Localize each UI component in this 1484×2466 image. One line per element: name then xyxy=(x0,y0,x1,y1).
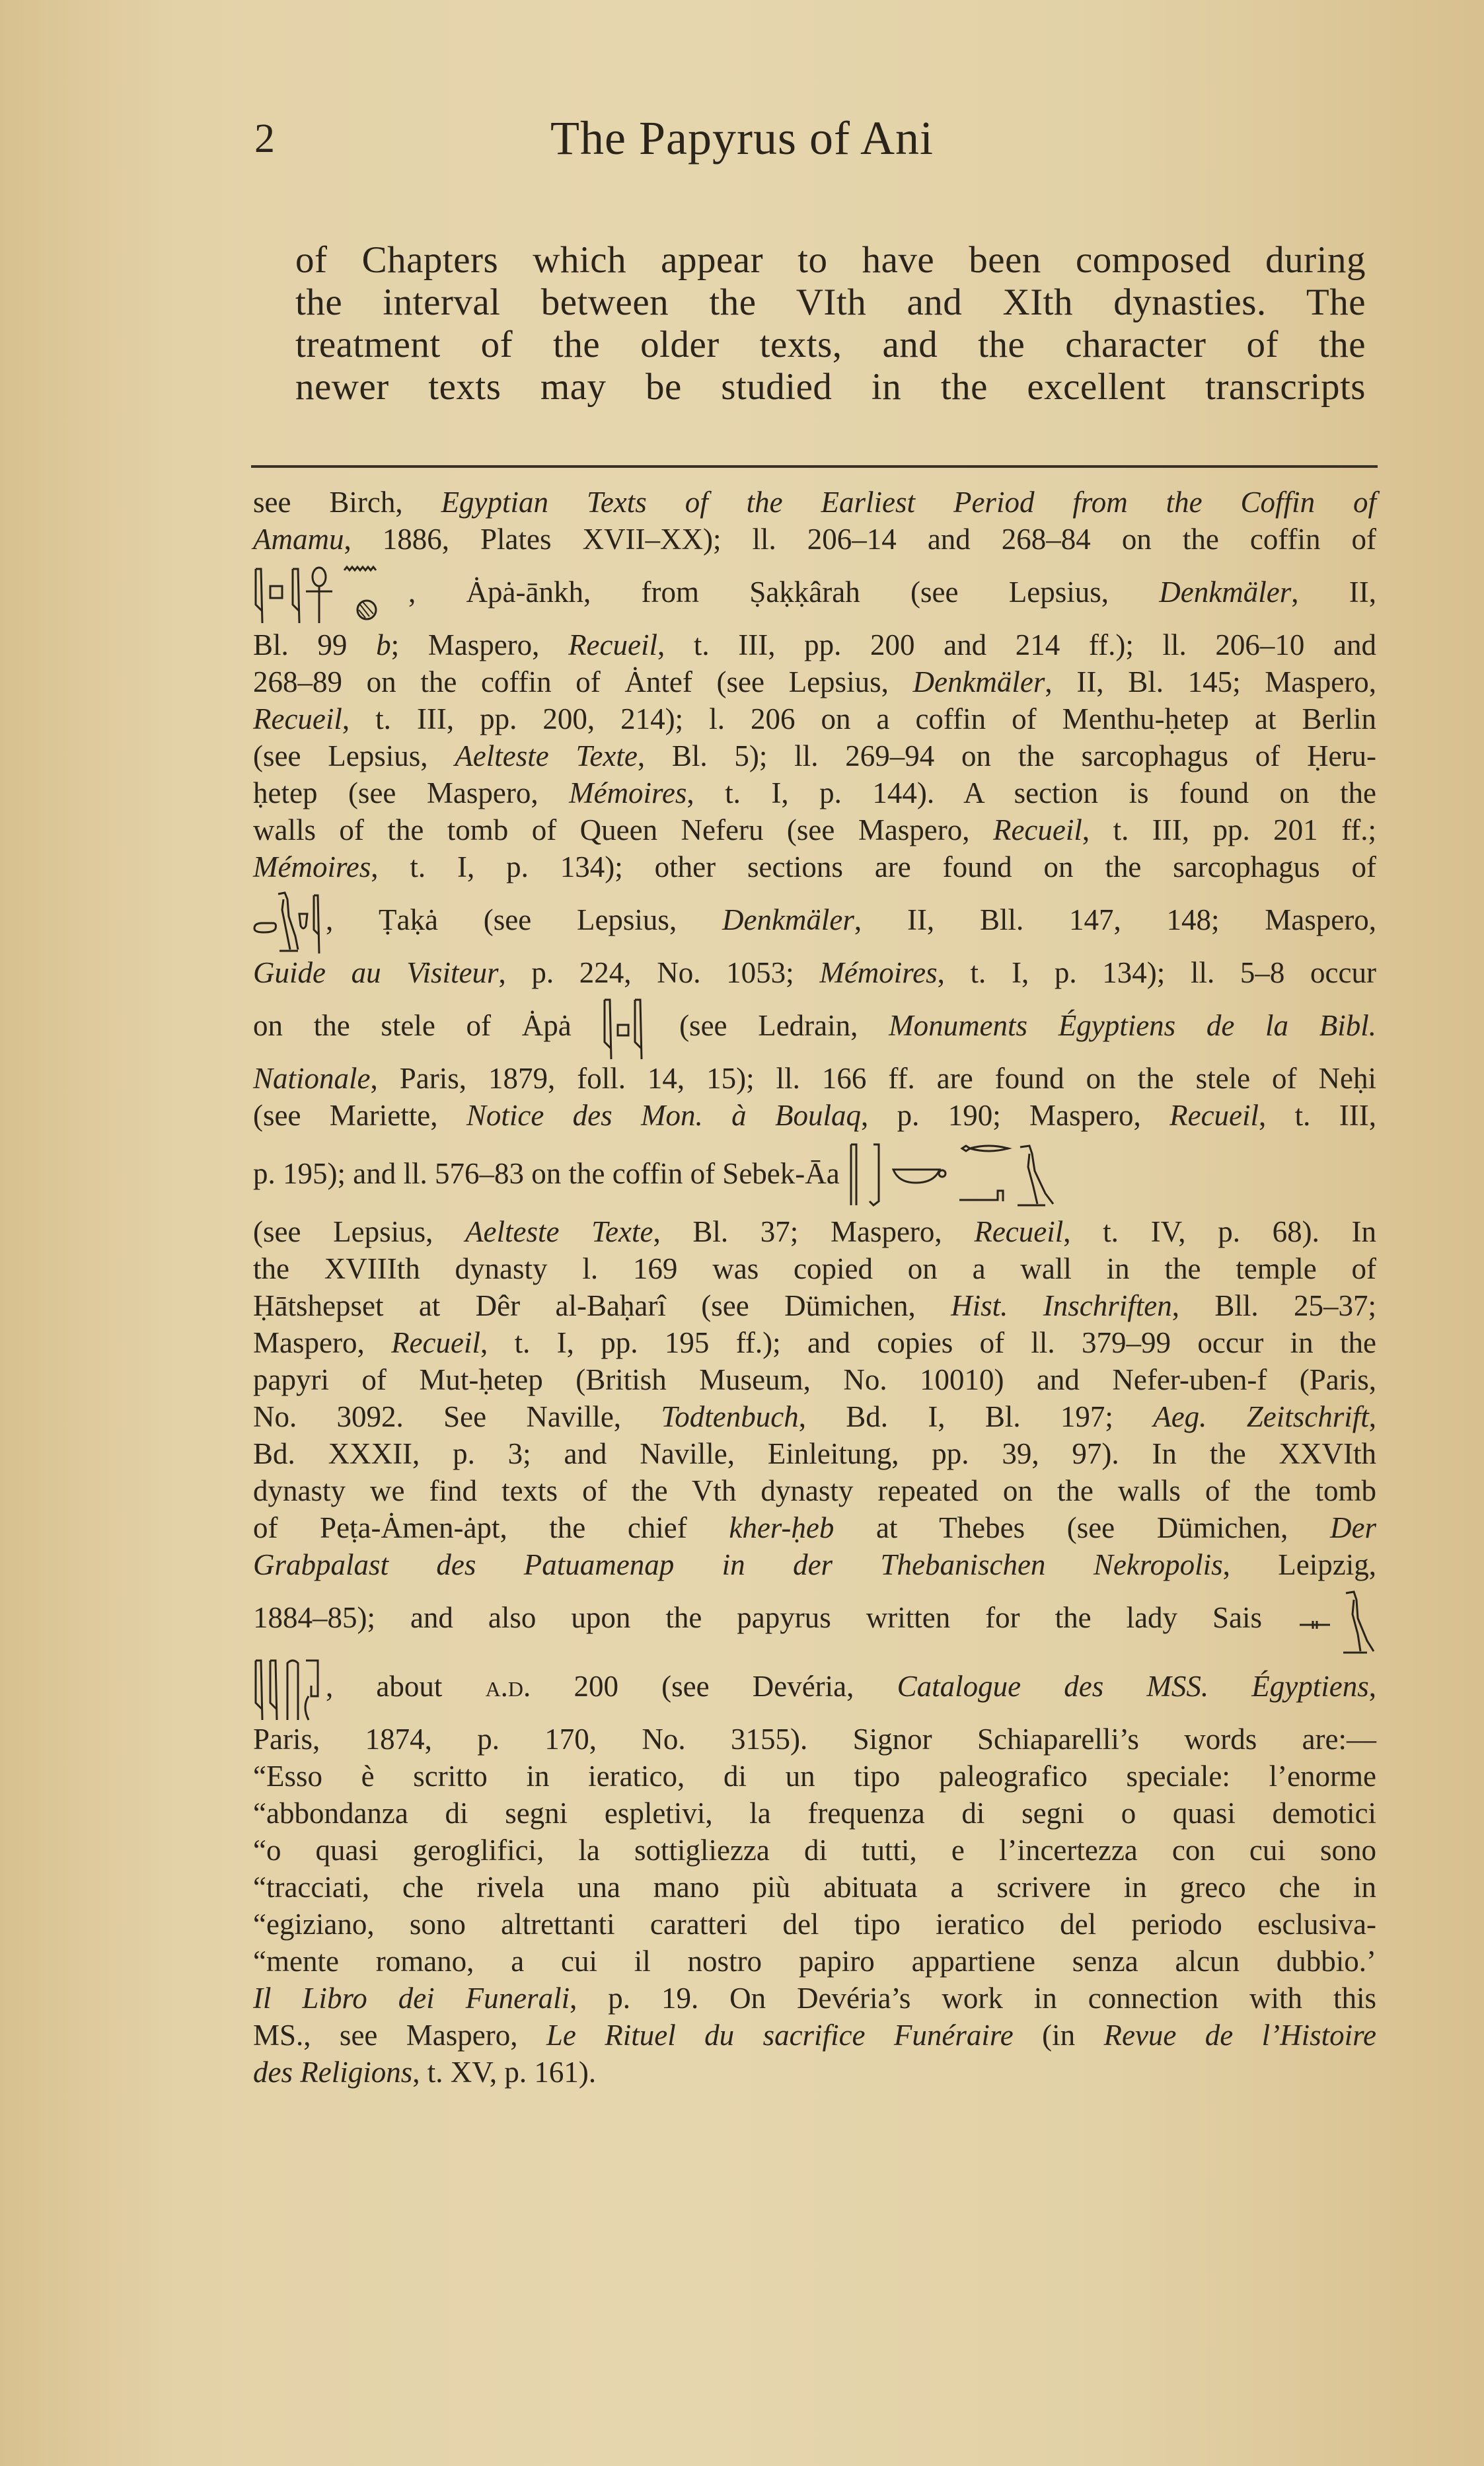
footnote-line: Guide au Visiteur, p. 224, No. 1053; Mém… xyxy=(253,954,1376,991)
footnote-line: (see Lepsius, Aelteste Texte, Bl. 37; Ma… xyxy=(253,1213,1376,1250)
main-text-line: the interval between the VIth and XIth d… xyxy=(295,281,1366,324)
quote-line: “Esso è scritto in ieratico, di un tipo … xyxy=(253,1758,1376,1795)
main-text-line: newer texts may be studied in the excell… xyxy=(295,366,1366,408)
quote-line: “mente romano, a cui il nostro papiro ap… xyxy=(253,1943,1376,1980)
footnote-line: MS., see Maspero, Le Rituel du sacrifice… xyxy=(253,2017,1376,2054)
footnote-line: Grabpalast des Patuamenap in der Thebani… xyxy=(253,1546,1376,1583)
footnote-line: , Ȧpȧ-ānkh, from Ṣaḳḳârah (see Lepsius, … xyxy=(253,558,1376,626)
footnote-line: dynasty we find texts of the Vth dynasty… xyxy=(253,1472,1376,1509)
footnote-line: des Religions, t. XV, p. 161). xyxy=(253,2054,1376,2091)
footnote-line: Paris, 1874, p. 170, No. 3155). Signor S… xyxy=(253,1721,1376,1758)
footnote-line: Maspero, Recueil, t. I, pp. 195 ff.); an… xyxy=(253,1324,1376,1361)
footnote-line: ḥetep (see Maspero, Mémoires, t. I, p. 1… xyxy=(253,774,1376,811)
footnote-line: 268–89 on the coffin of Ȧntef (see Lepsi… xyxy=(253,663,1376,700)
footnote-line: Nationale, Paris, 1879, foll. 14, 15); l… xyxy=(253,1060,1376,1097)
footnote-line: Amamu, 1886, Plates XVII–XX); ll. 206–14… xyxy=(253,521,1376,558)
hieroglyph-sais-determinative-icon xyxy=(253,1657,326,1723)
footnote-line: Il Libro dei Funerali, p. 19. On Devéria… xyxy=(253,1980,1376,2017)
footnote-line: (see Mariette, Notice des Mon. à Boulaq,… xyxy=(253,1097,1376,1134)
hieroglyph-taka-icon xyxy=(253,890,326,956)
quote-line: “egiziano, sono altrettanti caratteri de… xyxy=(253,1906,1376,1943)
main-text-line: of Chapters which appear to have been co… xyxy=(295,239,1366,281)
footnote-line: p. 195); and ll. 576–83 on the coffin of… xyxy=(253,1134,1376,1213)
footnote-line: Mémoires, t. I, p. 134); other sections … xyxy=(253,848,1376,885)
main-text: of Chapters which appear to have been co… xyxy=(295,239,1366,408)
footnote-line: walls of the tomb of Queen Neferu (see M… xyxy=(253,811,1376,848)
hieroglyph-sebek-aa-icon xyxy=(847,1140,1058,1213)
main-text-line: treatment of the older texts, and the ch… xyxy=(295,324,1366,366)
footnote-line: Ḥātshepset at Dêr al-Baḥarî (see Dümiche… xyxy=(253,1287,1376,1324)
hieroglyph-sais-icon xyxy=(1297,1588,1376,1654)
hieroglyph-apa-ankh-icon xyxy=(253,564,408,627)
footnote-line: of Peṭa-Ȧmen-ȧpt, the chief kher-ḥeb at … xyxy=(253,1509,1376,1546)
quote-line: “tracciati, che rivela una mano più abit… xyxy=(253,1869,1376,1906)
footnote-line: , about a.d. 200 (see Devéria, Catalogue… xyxy=(253,1652,1376,1721)
hieroglyph-apa-icon xyxy=(602,996,648,1062)
footnote-separator-rule xyxy=(251,465,1378,468)
footnote-line: Bl. 99 b; Maspero, Recueil, t. III, pp. … xyxy=(253,626,1376,663)
footnote-line: Recueil, t. III, pp. 200, 214); l. 206 o… xyxy=(253,700,1376,737)
footnote-line: 1884–85); and also upon the papyrus writ… xyxy=(253,1583,1376,1652)
footnote-line: Bd. XXXII, p. 3; and Naville, Einleitung… xyxy=(253,1435,1376,1472)
footnote-line: , Ṭaḳȧ (see Lepsius, Denkmäler, II, Bll.… xyxy=(253,885,1376,954)
footnote-line: papyri of Mut-ḥetep (British Museum, No.… xyxy=(253,1361,1376,1398)
footnote: see Birch, Egyptian Texts of the Earlies… xyxy=(253,484,1376,2091)
footnote-line: No. 3092. See Naville, Todtenbuch, Bd. I… xyxy=(253,1398,1376,1435)
quote-line: “o quasi geroglifici, la sottigliezza di… xyxy=(253,1832,1376,1869)
running-title: The Papyrus of Ani xyxy=(0,111,1484,166)
footnote-line: on the stele of Ȧpȧ (see Ledrain, Monume… xyxy=(253,991,1376,1060)
quote-line: “abbondanza di segni espletivi, la frequ… xyxy=(253,1795,1376,1832)
footnote-line: (see Lepsius, Aelteste Texte, Bl. 5); ll… xyxy=(253,737,1376,774)
footnote-line: see Birch, Egyptian Texts of the Earlies… xyxy=(253,484,1376,521)
footnote-line: the XVIIIth dynasty l. 169 was copied on… xyxy=(253,1250,1376,1287)
